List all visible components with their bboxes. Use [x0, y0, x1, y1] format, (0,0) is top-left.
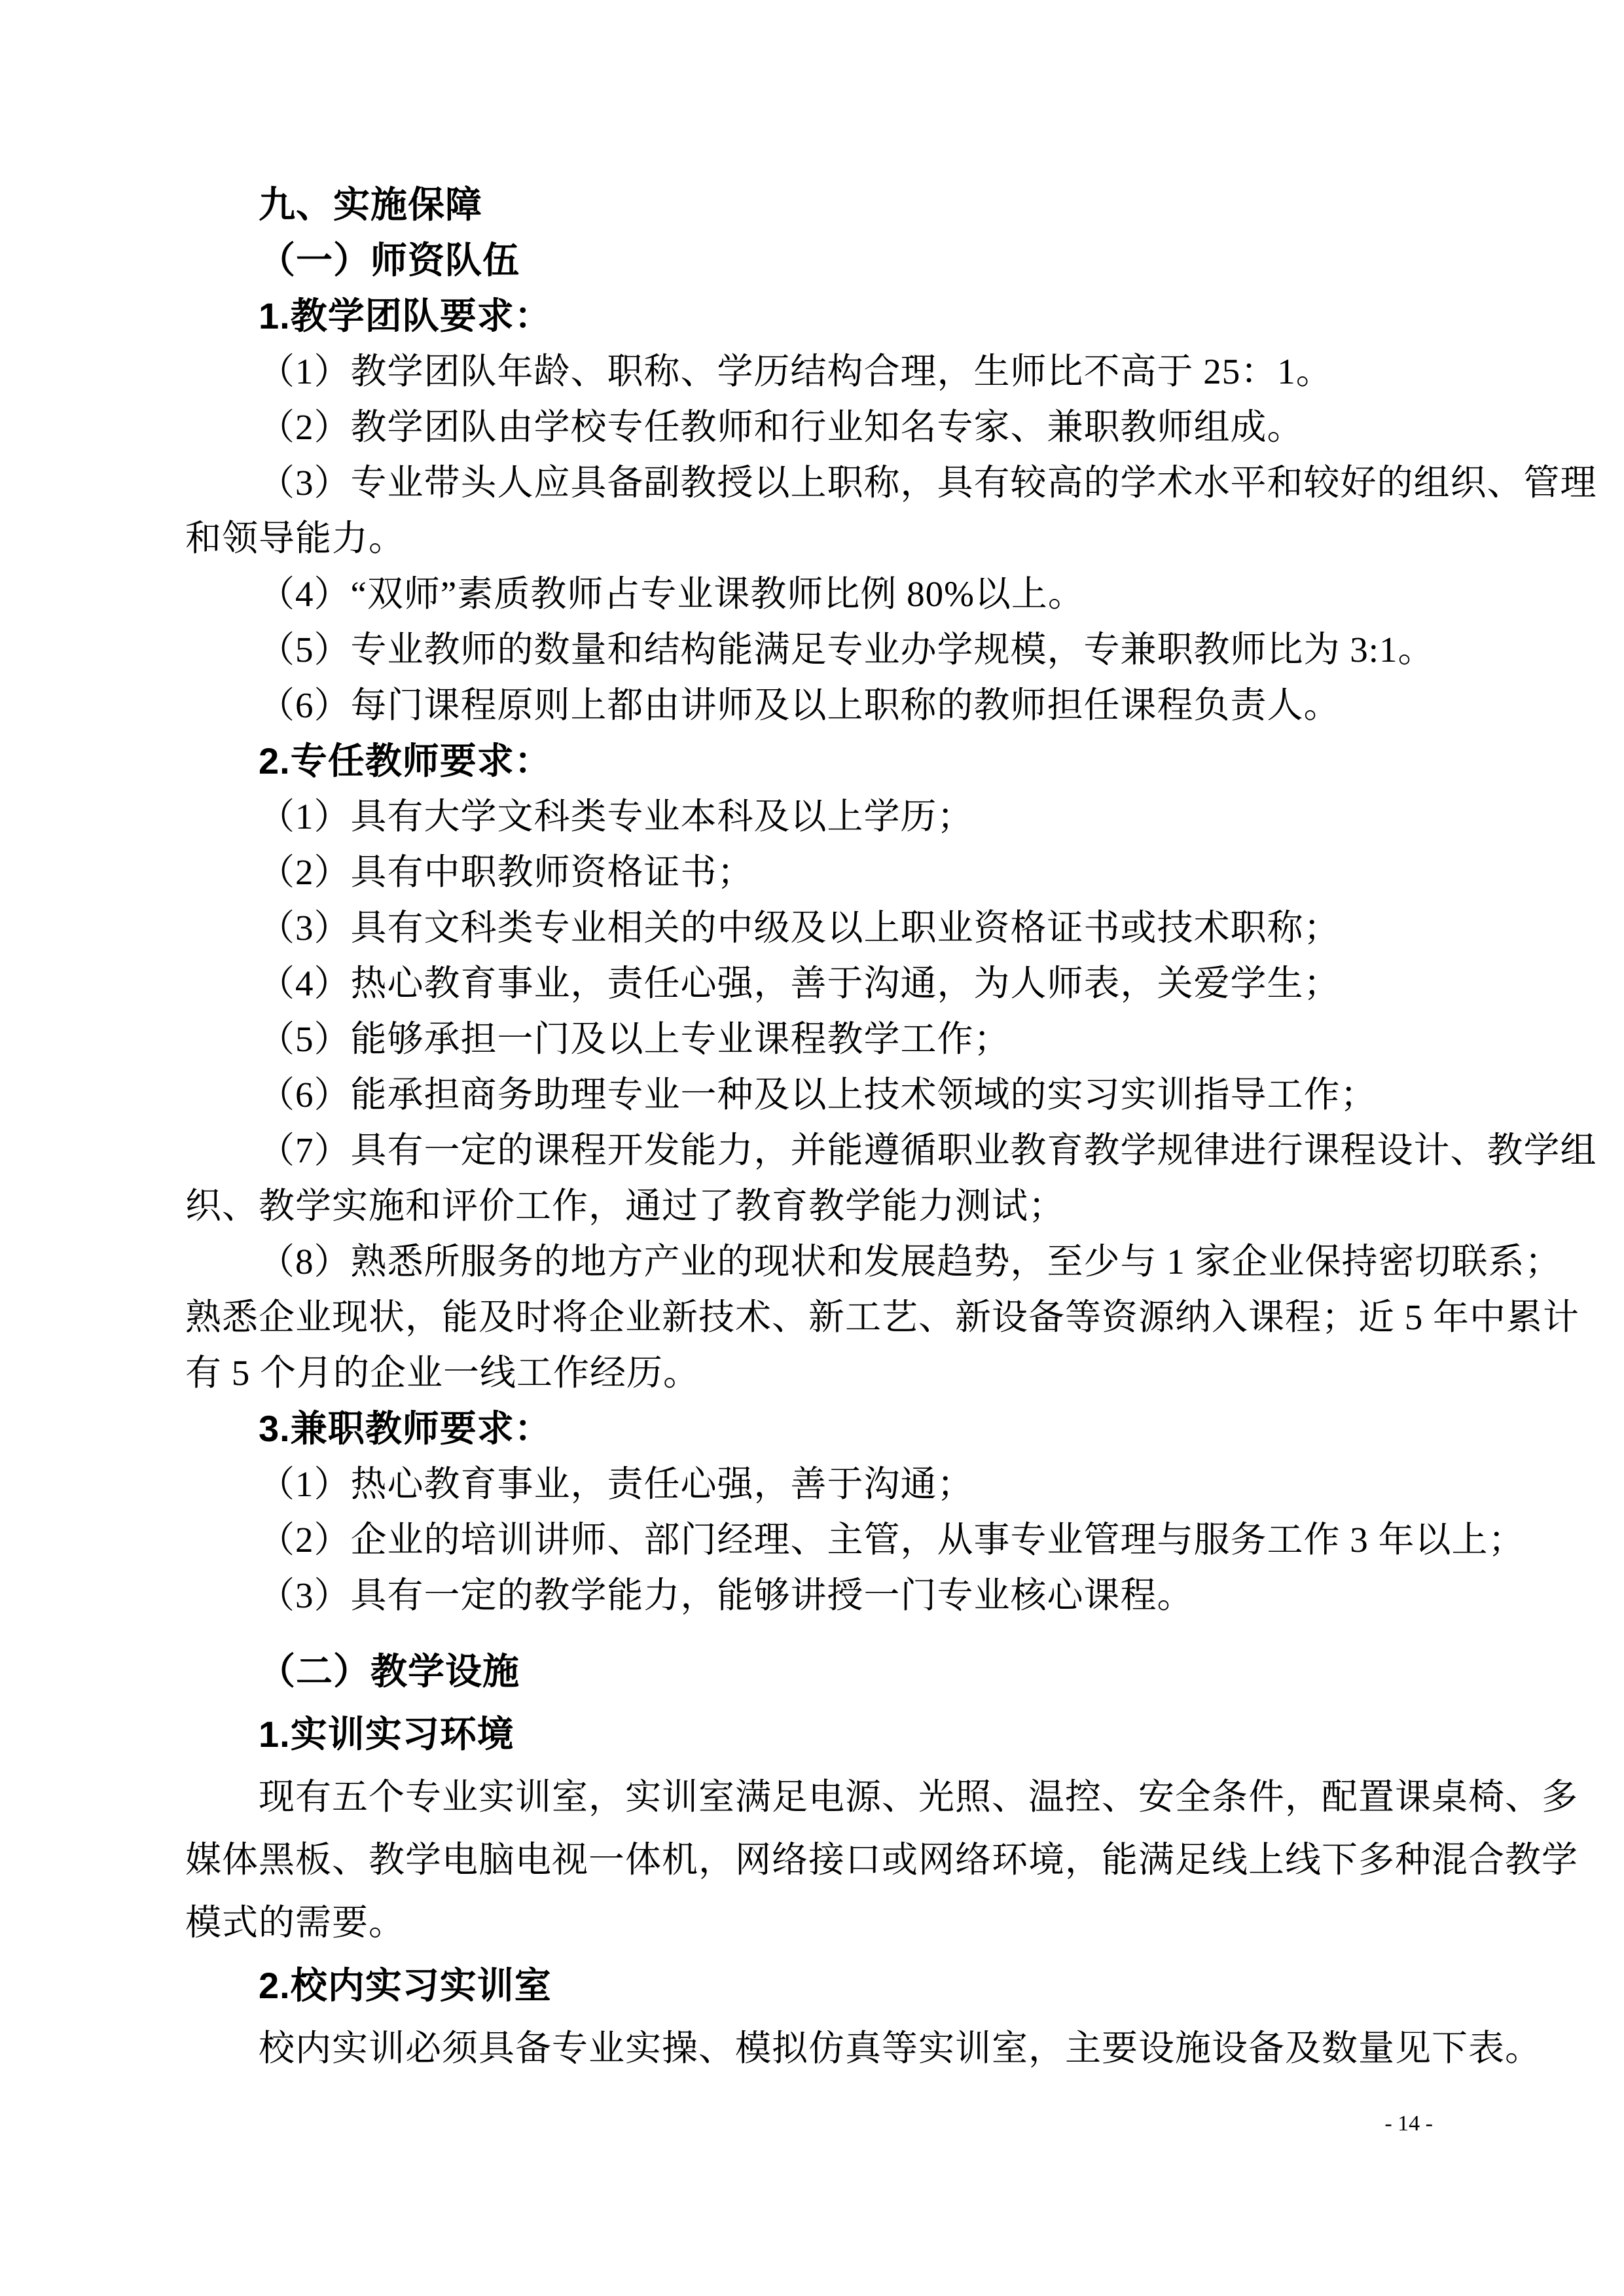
text-line: （3）具有一定的教学能力，能够讲授一门专业核心课程。 [185, 1568, 1442, 1623]
text-line: （6）能承担商务助理专业一种及以上技术领域的实习实训指导工作； [185, 1067, 1442, 1122]
text-line: （4）“双师”素质教师占专业课教师比例 80%以上。 [185, 566, 1442, 622]
text-line: （5）专业教师的数量和结构能满足专业办学规模，专兼职教师比为 3:1。 [185, 622, 1442, 677]
document-page: 九、实施保障（一）师资队伍1.教学团队要求：（1）教学团队年龄、职称、学历结构合… [0, 0, 1624, 2296]
text-line: （3）专业带头人应具备副教授以上职称，具有较高的学术水平和较好的组织、管理 [185, 455, 1442, 511]
text-line: 2.校内实习实训室 [185, 1954, 1442, 2017]
text-line: （二）教学设施 [185, 1640, 1442, 1703]
text-line: 九、实施保障 [185, 177, 1442, 232]
text-line: （4）热心教育事业，责任心强，善于沟通，为人师表，关爱学生； [185, 956, 1442, 1011]
text-line: （2）企业的培训讲师、部门经理、主管，从事专业管理与服务工作 3 年以上； [185, 1512, 1442, 1568]
text-line: 熟悉企业现状，能及时将企业新技术、新工艺、新设备等资源纳入课程；近 5 年中累计 [185, 1289, 1442, 1345]
text-line: 有 5 个月的企业一线工作经历。 [185, 1345, 1442, 1401]
document-content: 九、实施保障（一）师资队伍1.教学团队要求：（1）教学团队年龄、职称、学历结构合… [185, 177, 1442, 2080]
text-line: 织、教学实施和评价工作，通过了教育教学能力测试； [185, 1178, 1442, 1234]
text-line: 现有五个专业实训室，实训室满足电源、光照、温控、安全条件，配置课桌椅、多 [185, 1766, 1442, 1829]
text-line: （5）能够承担一门及以上专业课程教学工作； [185, 1011, 1442, 1067]
text-line: 模式的需要。 [185, 1892, 1442, 1954]
text-line: （2）教学团队由学校专任教师和行业知名专家、兼职教师组成。 [185, 399, 1442, 455]
text-line: 1.实训实习环境 [185, 1703, 1442, 1766]
page-number: - 14 - [1384, 2111, 1433, 2136]
text-line: （1）教学团队年龄、职称、学历结构合理，生师比不高于 25：1。 [185, 344, 1442, 399]
text-line: （2）具有中职教师资格证书； [185, 844, 1442, 900]
text-line: 1.教学团队要求： [185, 288, 1442, 344]
text-line: （1）具有大学文科类专业本科及以上学历； [185, 789, 1442, 844]
text-line: （一）师资队伍 [185, 232, 1442, 288]
text-line: 2.专任教师要求： [185, 733, 1442, 789]
text-line: 和领导能力。 [185, 511, 1442, 566]
text-line: 校内实训必须具备专业实操、模拟仿真等实训室，主要设施设备及数量见下表。 [185, 2017, 1442, 2080]
text-line: （8）熟悉所服务的地方产业的现状和发展趋势，至少与 1 家企业保持密切联系； [185, 1234, 1442, 1289]
text-line: 媒体黑板、教学电脑电视一体机，网络接口或网络环境，能满足线上线下多种混合教学 [185, 1829, 1442, 1892]
text-line: 3.兼职教师要求： [185, 1401, 1442, 1456]
text-line: （6）每门课程原则上都由讲师及以上职称的教师担任课程负责人。 [185, 677, 1442, 733]
text-line: （1）热心教育事业，责任心强，善于沟通； [185, 1456, 1442, 1512]
text-line: （7）具有一定的课程开发能力，并能遵循职业教育教学规律进行课程设计、教学组 [185, 1122, 1442, 1178]
text-line: （3）具有文科类专业相关的中级及以上职业资格证书或技术职称； [185, 900, 1442, 956]
